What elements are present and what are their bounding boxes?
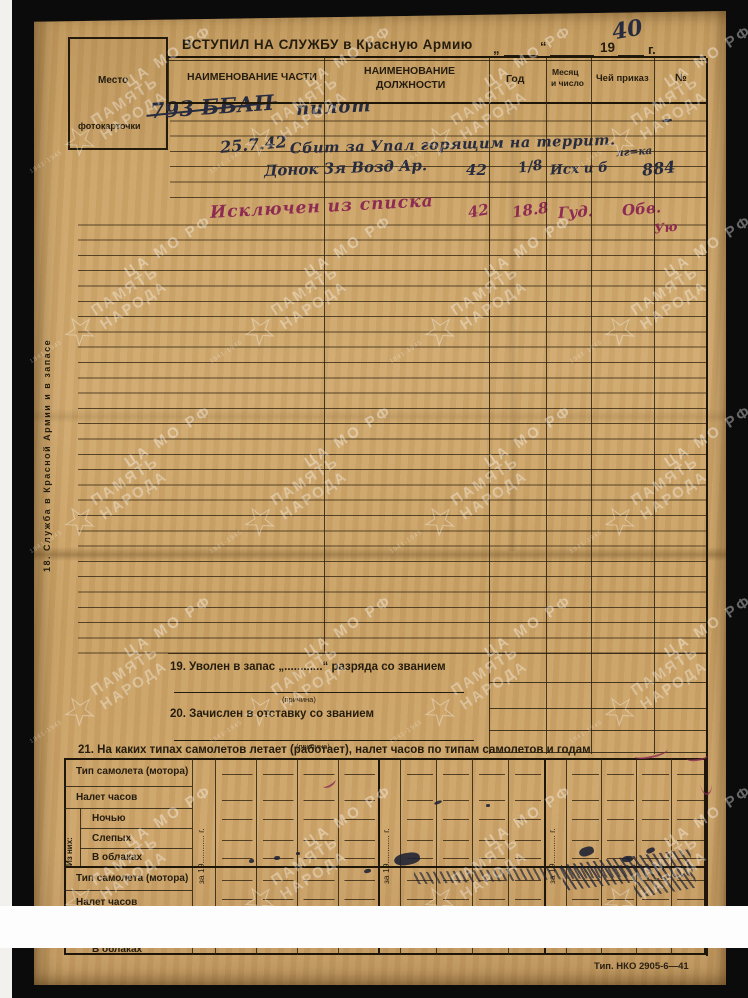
table-line — [80, 828, 192, 829]
handwritten-year: 40 — [610, 15, 645, 46]
photo-label-1: Место — [98, 75, 128, 86]
hw-position-1: пилот — [296, 95, 372, 120]
table-line — [64, 758, 706, 760]
red-ink-mark — [321, 776, 337, 790]
table-line — [168, 56, 706, 58]
hw-year-4: 42 — [467, 200, 491, 221]
table-line — [168, 58, 169, 104]
table-line — [489, 730, 706, 731]
row-label-aircraft-type-2: Тип самолета (мотора) — [76, 873, 188, 884]
cell-fill-line — [217, 840, 376, 841]
open-quote: „ — [493, 41, 500, 56]
row-label-aircraft-type: Тип самолета (мотора) — [76, 766, 188, 777]
table-line — [591, 58, 592, 754]
ink-blot — [274, 856, 280, 860]
close-quote: “ — [540, 39, 547, 54]
cell-fill-line — [217, 858, 376, 859]
col-header-year: Год — [506, 73, 524, 85]
hw-number-3: 884 — [641, 157, 676, 179]
col-header-unit: НАИМЕНОВАНИЕ ЧАСТИ — [187, 71, 317, 83]
reason-line — [174, 740, 474, 741]
reason-line — [174, 692, 464, 693]
cell-fill-line — [402, 800, 542, 801]
col-header-position-2: ДОЛЖНОСТИ — [376, 79, 445, 91]
scan-edge-strip — [0, 0, 12, 998]
table-line — [654, 58, 655, 754]
table-line — [489, 752, 706, 753]
hw-order-3: Исх и б — [550, 159, 609, 178]
cell-fill-line — [217, 899, 376, 900]
form-title: ВСТУПИЛ НА СЛУЖБУ в Красную Армию — [182, 37, 473, 52]
table-line — [80, 808, 81, 866]
table-line — [80, 848, 192, 849]
photo-label-2: фотокарточки — [78, 121, 141, 131]
ruled-lines-main — [78, 210, 706, 654]
cell-fill-line — [402, 819, 542, 820]
service-record-page: ВСТУПИЛ НА СЛУЖБУ в Красную Армию „ “ 19… — [34, 11, 726, 985]
col-header-order: Чей приказ — [596, 73, 649, 84]
cell-fill-line — [402, 899, 542, 900]
ink-blot — [296, 852, 300, 855]
cell-fill-line — [568, 774, 704, 775]
section20-text: 20. Зачислен в отставку со званием — [170, 708, 374, 720]
cell-fill-line — [568, 899, 704, 900]
table-line — [546, 58, 547, 754]
table-line — [324, 58, 325, 653]
ink-blot — [486, 804, 490, 807]
row-label-of-them: Из них: — [65, 810, 74, 866]
table-line — [168, 60, 706, 61]
table-line — [64, 786, 192, 787]
ink-blot — [393, 851, 420, 867]
year-prefix: 19 — [600, 40, 615, 55]
ink-blot — [249, 859, 254, 863]
redaction-band — [0, 906, 748, 948]
section19-line: 19. Уволен в запас „............“ разряд… — [170, 661, 446, 673]
table-line — [64, 808, 192, 809]
table-line — [489, 682, 706, 683]
col-header-number: № — [675, 72, 687, 84]
section19-reason: (причина) — [282, 695, 316, 704]
scanned-document-screenshot: ВСТУПИЛ НА СЛУЖБУ в Красную Армию „ “ 19… — [0, 0, 748, 998]
table-line — [64, 890, 192, 891]
col-header-position-1: НАИМЕНОВАНИЕ — [364, 65, 455, 77]
cell-fill-line — [568, 840, 704, 841]
cell-fill-line — [217, 774, 376, 775]
section19-quote: „............“ — [278, 661, 328, 673]
cell-fill-line — [568, 800, 704, 801]
table-line — [489, 708, 706, 709]
col-header-month-1: Месяц — [552, 67, 579, 77]
section18-vertical-label: 18. Служба в Красной Армии и в запасе — [42, 255, 52, 655]
hw-year-3: 42 — [466, 161, 487, 179]
row-label-blind: Слепых — [92, 833, 131, 844]
table-line — [168, 102, 706, 104]
section19-text-b: разряда со званием — [331, 661, 445, 673]
cell-fill-line — [217, 800, 376, 801]
table-line — [706, 58, 708, 956]
year-suffix: г. — [648, 42, 656, 57]
cell-fill-line — [402, 840, 542, 841]
row-label-night: Ночью — [92, 813, 126, 824]
row-label-clouds: В облаках — [92, 852, 142, 863]
cell-fill-line — [217, 819, 376, 820]
hw-order-4: Гуд. — [558, 202, 594, 222]
ink-blot — [578, 845, 595, 858]
cell-fill-line — [568, 819, 704, 820]
red-ink-mark — [699, 769, 713, 796]
row-label-flight-hours: Налет часов — [76, 792, 137, 803]
table-line — [168, 653, 706, 654]
section19-text-a: 19. Уволен в запас — [170, 661, 275, 673]
table-line — [489, 58, 490, 754]
cell-fill-line — [402, 858, 542, 859]
table-line — [64, 953, 706, 955]
hw-order-sup-3: лг=ка — [616, 145, 653, 160]
hw-number-4: Обв. — [621, 198, 661, 219]
col-header-month-2: и число — [551, 78, 584, 88]
ink-blot — [364, 868, 372, 873]
photo-placeholder-box: Место фотокарточки — [68, 37, 168, 150]
section21-title: 21. На каких типах самолетов летает (раб… — [78, 744, 591, 756]
cell-fill-line — [217, 880, 376, 881]
hw-month-3: 1/8 — [517, 157, 544, 176]
print-code: Тип. НКО 2905-6—41 — [594, 961, 689, 972]
cell-fill-line — [402, 774, 542, 775]
